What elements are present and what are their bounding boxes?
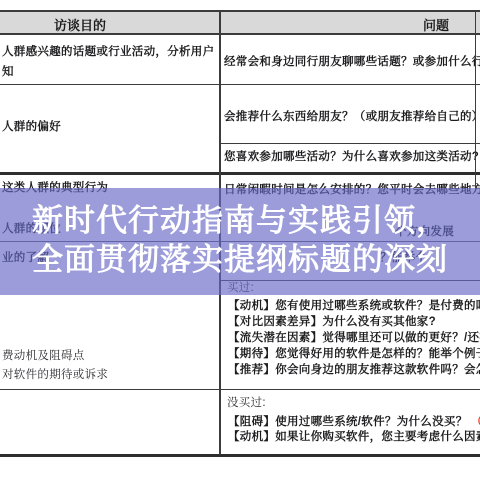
question-recommend: 会推荐什么东西给朋友？（或朋友推荐给自己的） bbox=[224, 111, 480, 124]
row-border-6 bbox=[0, 389, 480, 391]
not-bought-question-obstacle-text: 【阻碍】使用过哪些系统/软件？为什么没买？ bbox=[228, 416, 468, 428]
row-border-1 bbox=[0, 84, 480, 86]
not-bought-section-label: 没买过: bbox=[227, 397, 266, 410]
bought-question-churn: 【流失潜在因素】觉得哪里还可以做的更好？/还有 bbox=[228, 332, 480, 345]
row-border-3-thick bbox=[0, 172, 480, 175]
col-header-interview-purpose: 访谈目的 bbox=[18, 15, 142, 34]
not-bought-question-obstacle: 【阻碍】使用过哪些系统/软件？为什么没买？ （重 bbox=[228, 416, 480, 429]
question-topics: 经常会和身边同行朋友聊哪些话题？或参加什么行 bbox=[224, 56, 480, 69]
bought-question-comparison: 【对比因素差异】为什么没有买其他家? bbox=[228, 316, 436, 329]
headline-line-1: 新时代行动指南与实践引领， bbox=[0, 201, 480, 240]
bought-question-referral: 【推荐】你会向身边的朋友推荐这款软件吗？会怎 bbox=[228, 364, 480, 377]
headline-line-2: 全面贯彻落实提纲标题的深刻 bbox=[0, 240, 480, 279]
table-bottom-border bbox=[0, 454, 480, 457]
purpose-cell-preference: 人群的偏好 bbox=[2, 121, 61, 134]
purpose-cell-motivation-line1: 费动机及阻碍点 bbox=[2, 350, 85, 363]
right-column-border bbox=[475, 10, 477, 190]
col-header-questions: 问题 bbox=[400, 15, 472, 34]
purpose-cell-topics: 人群感兴趣的话题或行业活动，分析用户知 bbox=[2, 42, 216, 82]
not-bought-question-motivation: 【动机】如果让你购买软件，您主要考虑什么因素 bbox=[228, 431, 480, 444]
headline-text: 新时代行动指南与实践引领， 全面贯彻落实提纲标题的深刻 bbox=[0, 201, 480, 279]
purpose-cell-motivation-line2: 对软件的期待或诉求 bbox=[2, 369, 108, 382]
not-bought-question-obstacle-note: （重 bbox=[471, 416, 480, 428]
interview-outline-table-screenshot: 访谈目的 问题 人群感兴趣的话题或行业活动，分析用户知 人群的偏好 这类人群的典… bbox=[0, 0, 480, 480]
question-activities: 您喜欢参加哪些活动？为什么喜欢参加这类活动? bbox=[224, 151, 479, 164]
bought-question-motivation: 【动机】您有使用过哪些系统或软件？是付费的吗 bbox=[228, 300, 480, 313]
row-border-2 bbox=[219, 143, 480, 144]
table-top-border bbox=[0, 10, 480, 12]
bought-question-expectation: 【期待】您觉得好用的软件是怎样的？能举个例子 bbox=[228, 348, 480, 361]
